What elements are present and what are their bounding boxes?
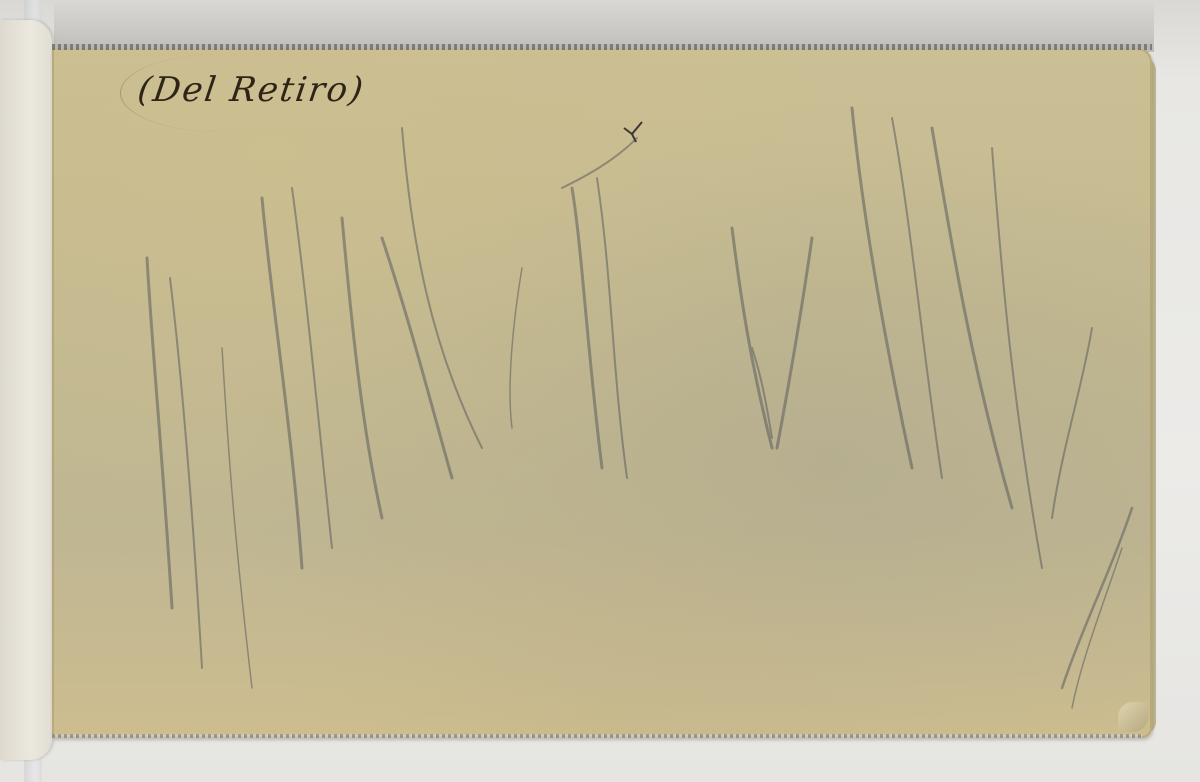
pencil-drawing [52, 48, 1152, 738]
bird-figure [624, 122, 642, 142]
page-corner-curl [1118, 702, 1148, 732]
inscription-text: (Del Retiro) [135, 70, 367, 110]
left-page-edge [0, 20, 52, 760]
